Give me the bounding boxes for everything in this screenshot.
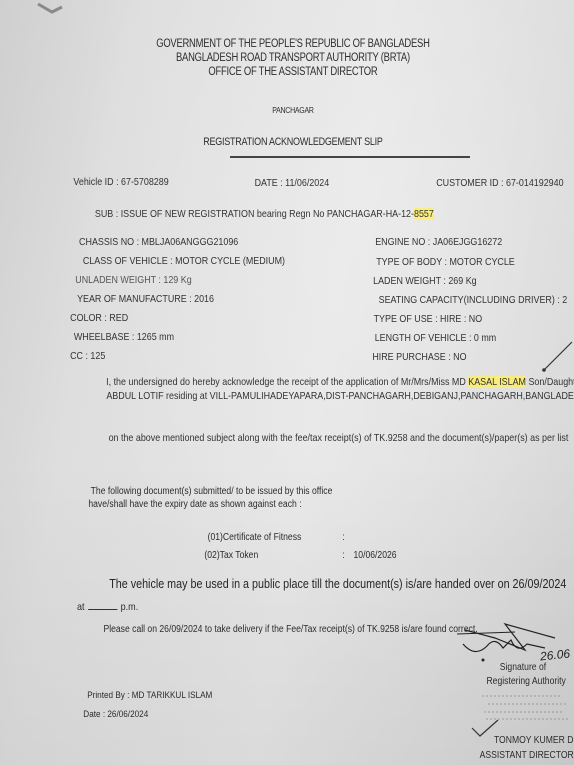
documents-intro-1: The following document(s) submitted/ to … <box>91 486 333 497</box>
length-of-vehicle: LENGTH OF VEHICLE : 0 mm <box>375 332 497 344</box>
document-sep: : <box>342 550 344 561</box>
usage-notice-line: The vehicle may be used in a public plac… <box>109 577 566 591</box>
customer-id: CUSTOMER ID : 67-014192940 <box>436 177 563 189</box>
at-label: at <box>77 601 85 613</box>
class-of-vehicle: CLASS OF VEHICLE : MOTOR CYCLE (MEDIUM) <box>83 255 285 267</box>
laden-weight: LADEN WEIGHT : 269 Kg <box>373 275 477 287</box>
cc: CC : 125 <box>70 350 105 362</box>
subject-text: SUB : ISSUE OF NEW REGISTRATION bearing … <box>95 208 414 220</box>
delivery-notice: Please call on 26/09/2024 to take delive… <box>103 624 477 635</box>
vehicle-id: Vehicle ID : 67-5708289 <box>73 176 168 188</box>
office-name: PANCHAGAR <box>58 105 529 115</box>
color: COLOR : RED <box>70 312 128 324</box>
signatory-designation: ASSISTANT DIRECTOR (ENG <box>480 750 574 761</box>
regn-highlight: 8557 <box>414 208 434 220</box>
document-label: (01)Certificate of Fitness <box>208 532 302 543</box>
ack-line-2: ABDUL LOTIF residing at VILL-PAMULIHADEY… <box>106 390 574 402</box>
document-label: (02)Tax Token <box>204 550 258 561</box>
usage-notice-time: atp.m. <box>77 601 138 613</box>
signature-caption-2: Registering Authority <box>486 676 565 687</box>
document-title: REGISTRATION ACKNOWLEDGEMENT SLIP <box>58 136 529 148</box>
year-of-manufacture: YEAR OF MANUFACTURE : 2016 <box>77 293 214 305</box>
header-line-3: OFFICE OF THE ASSISTANT DIRECTOR <box>58 66 529 78</box>
pen-tick-mark <box>540 340 574 374</box>
wheelbase: WHEELBASE : 1265 mm <box>74 331 174 343</box>
document-sep: : <box>342 532 344 543</box>
signatory-name: TONMOY KUMER DHAR <box>494 735 574 746</box>
print-date: Date : 26/06/2024 <box>83 709 148 720</box>
ack-line-3: on the above mentioned subject along wit… <box>109 432 569 444</box>
subject-line: SUB : ISSUE OF NEW REGISTRATION bearing … <box>95 208 434 220</box>
title-underline <box>230 156 470 158</box>
type-of-use: TYPE OF USE : HIRE : NO <box>374 313 483 325</box>
date: DATE : 11/06/2024 <box>255 177 330 189</box>
unladen-weight: UNLADEN WEIGHT : 129 Kg <box>75 274 191 286</box>
ack-text: I, the undersigned do hereby acknowledge… <box>106 376 468 388</box>
header-line-1: GOVERNMENT OF THE PEOPLE'S REPUBLIC OF B… <box>58 38 529 50</box>
header-line-2: BANGLADESH ROAD TRANSPORT AUTHORITY (BRT… <box>58 52 529 64</box>
corner-staple-mark <box>36 2 64 16</box>
ack-text-end: Son/Daughter <box>526 376 574 388</box>
seating-capacity: SEATING CAPACITY(INCLUDING DRIVER) : 2 <box>379 294 568 306</box>
chassis-no: CHASSIS NO : MBLJA06ANGGG21096 <box>79 236 238 248</box>
documents-intro-2: have/shall have the expiry date as shown… <box>88 499 301 510</box>
printed-by: Printed By : MD TARIKKUL ISLAM <box>87 690 212 701</box>
time-blank <box>88 609 117 610</box>
engine-no: ENGINE NO : JA06EJGG16272 <box>375 236 502 248</box>
document-expiry: 10/06/2026 <box>354 550 397 561</box>
type-of-body: TYPE OF BODY : MOTOR CYCLE <box>376 256 515 268</box>
ack-line-1: I, the undersigned do hereby acknowledge… <box>106 376 574 388</box>
pm-label: p.m. <box>121 601 139 613</box>
hire-purchase: HIRE PURCHASE : NO <box>372 351 466 363</box>
applicant-name-highlight: KASAL ISLAM <box>468 376 526 388</box>
signature-caption-1: Signature of <box>500 662 546 673</box>
